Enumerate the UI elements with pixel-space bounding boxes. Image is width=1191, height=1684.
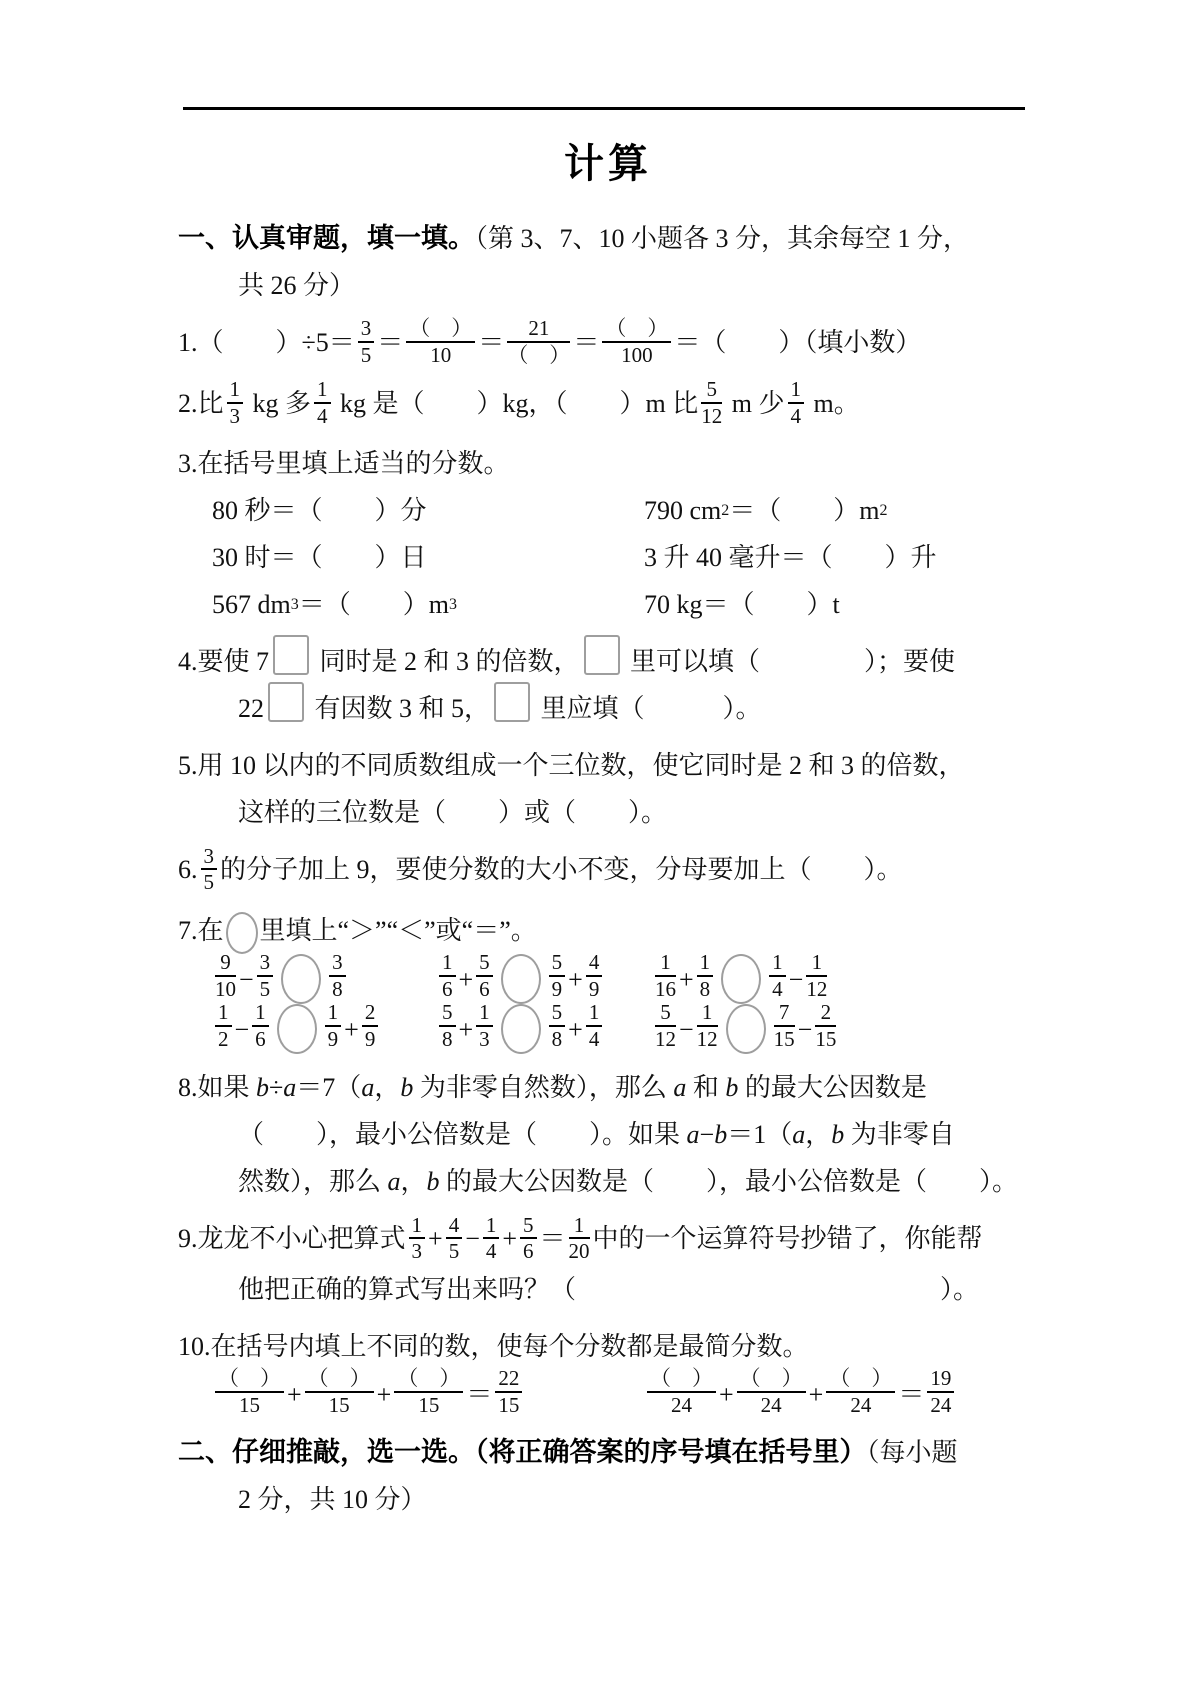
text-run: 共 26 分） xyxy=(238,271,355,300)
text-run: 为非零自 xyxy=(844,1120,955,1149)
fraction-numerator: 3 xyxy=(358,317,375,343)
variable-text: a xyxy=(361,1073,374,1102)
fraction: 16 xyxy=(252,1001,269,1050)
fraction: 45 xyxy=(446,1214,463,1263)
fraction-denominator: 2 xyxy=(215,1027,232,1051)
question-line: 12−1619+2958+1358+14512−112715−215 xyxy=(178,1004,1038,1054)
header-rule xyxy=(183,107,1025,110)
column: 70 kg＝（ ）t xyxy=(644,581,1038,628)
fraction-denominator: 9 xyxy=(586,977,603,1001)
question-line: 22 有因数 3 和 5， 里应填（ ）。 xyxy=(178,685,1038,732)
question-4: 4.要使 7 同时是 2 和 3 的倍数， 里可以填（ ）；要使22 有因数 3… xyxy=(178,638,1038,732)
fraction: 112 xyxy=(806,951,827,1000)
heading-line: 一、认真审题，填一填。（第 3、7、10 小题各 3 分，其余每空 1 分， xyxy=(178,215,1038,262)
variable-text: b xyxy=(725,1073,738,1102)
fraction-numerator: 1 xyxy=(215,1001,232,1027)
question-6: 6.35的分子加上 9，要使分数的大小不变，分母要加上（ ）。 xyxy=(178,846,1038,897)
text-run: 10.在括号内填上不同的数，使每个分数都是最简分数。 xyxy=(178,1332,809,1361)
column: 512−112715−215 xyxy=(652,1004,1038,1054)
fraction-numerator: 5 xyxy=(701,378,722,404)
text-run: ， xyxy=(805,1120,831,1149)
text-run: 这样的三位数是（ ）或（ ）。 xyxy=(238,798,667,827)
fraction-denominator: 5 xyxy=(358,343,375,367)
heading-text: 二、仔细推敲，选一选。（将正确答案的序号填在括号里） xyxy=(178,1437,867,1467)
fraction: 13 xyxy=(227,378,244,427)
fraction: 12 xyxy=(215,1001,232,1050)
question-9: 9.龙龙不小心把算式13+45−14+56＝120中的一个运算符号抄错了，你能帮… xyxy=(178,1215,1038,1313)
fraction-numerator: 1 xyxy=(569,1214,590,1240)
fraction: 59 xyxy=(549,951,566,1000)
fraction-denominator: 5 xyxy=(257,977,274,1001)
question-line: 9.龙龙不小心把算式13+45−14+56＝120中的一个运算符号抄错了，你能帮 xyxy=(178,1215,1038,1266)
variable-text: a xyxy=(792,1120,805,1149)
fraction: 56 xyxy=(476,951,493,1000)
fraction: 21（ ） xyxy=(507,317,570,366)
fraction: 35 xyxy=(257,951,274,1000)
fraction: 49 xyxy=(586,951,603,1000)
fraction-numerator: 5 xyxy=(439,1001,456,1027)
text-run: 5.用 10 以内的不同质数组成一个三位数，使它同时是 2 和 3 的倍数， xyxy=(178,751,965,780)
fraction-numerator: 1 xyxy=(252,1001,269,1027)
text-run: 30 时＝（ ）日 xyxy=(212,534,427,581)
text-run: ＝（ ）（填小数） xyxy=(674,328,921,357)
fraction-numerator: 22 xyxy=(495,1367,522,1393)
fraction-denominator: 5 xyxy=(201,870,218,894)
text-run: 中的一个运算符号抄错了，你能帮 xyxy=(593,1224,983,1253)
question-line: 5.用 10 以内的不同质数组成一个三位数，使它同时是 2 和 3 的倍数， xyxy=(178,742,1038,789)
text-run: （第 3、7、10 小题各 3 分，其余每空 1 分， xyxy=(475,224,969,253)
fraction-numerator: （ ） xyxy=(737,1367,806,1393)
text-run: ， xyxy=(401,1167,427,1196)
question-line: 这样的三位数是（ ）或（ ）。 xyxy=(178,789,1038,836)
text-run: ， xyxy=(374,1073,400,1102)
fraction-denominator: 8 xyxy=(329,977,346,1001)
question-line: 然数），那么 a，b 的最大公因数是（ ），最小公倍数是（ ）。 xyxy=(178,1158,1038,1205)
fraction-numerator: 1 xyxy=(697,951,714,977)
variable-text: b xyxy=(714,1120,727,1149)
question-line: 8.如果 b÷a＝7（a，b 为非零自然数），那么 a 和 b 的最大公因数是 xyxy=(178,1064,1038,1111)
fraction-denominator: 12 xyxy=(655,1027,676,1051)
variable-text: a xyxy=(673,1073,686,1102)
question-line: （ ），最小公倍数是（ ）。如果 a−b＝1（a，b 为非零自 xyxy=(178,1111,1038,1158)
heading-text: 一、认真审题，填一填。 xyxy=(178,223,475,253)
fraction-denominator: 12 xyxy=(697,1027,718,1051)
fraction: 13 xyxy=(476,1001,493,1050)
variable-text: b xyxy=(256,1073,269,1102)
fraction: （ ）24 xyxy=(826,1367,895,1416)
fraction-numerator: 1 xyxy=(227,378,244,404)
compare-circle[interactable] xyxy=(281,954,321,1004)
text-run: 的分子加上 9，要使分数的大小不变，分母要加上（ ）。 xyxy=(220,855,903,884)
fraction: 120 xyxy=(569,1214,590,1263)
answer-box[interactable] xyxy=(273,635,309,675)
fraction-denominator: 4 xyxy=(586,1027,603,1051)
fraction: （ ）24 xyxy=(647,1367,716,1416)
fraction: 35 xyxy=(358,317,375,366)
question-line: 6.35的分子加上 9，要使分数的大小不变，分母要加上（ ）。 xyxy=(178,846,1038,897)
heading-line: 2 分，共 10 分） xyxy=(178,1476,1038,1523)
question-line: 4.要使 7 同时是 2 和 3 的倍数， 里可以填（ ）；要使 xyxy=(178,638,1038,685)
fraction-denominator: 20 xyxy=(569,1239,590,1263)
fraction-numerator: 5 xyxy=(549,951,566,977)
text-run: ÷ xyxy=(269,1073,283,1102)
text-run: 3.在括号里填上适当的分数。 xyxy=(178,449,510,478)
text-run: ＝ xyxy=(478,328,504,357)
fraction-denominator: 4 xyxy=(483,1239,500,1263)
fraction-denominator: （ ） xyxy=(507,343,570,367)
column: 16+5659+49 xyxy=(436,954,652,1004)
text-run: 4.要使 7 xyxy=(178,647,269,676)
fraction-denominator: 16 xyxy=(655,977,676,1001)
fraction-denominator: 15 xyxy=(495,1393,522,1417)
fraction: 58 xyxy=(439,1001,456,1050)
fraction-denominator: 15 xyxy=(394,1393,463,1417)
column: 116+1814−112 xyxy=(652,954,1038,1004)
column: 58+1358+14 xyxy=(436,1004,652,1054)
text-run: ＝ xyxy=(377,328,403,357)
text-run: ＝7（ xyxy=(296,1073,361,1102)
compare-circle[interactable] xyxy=(501,1004,541,1054)
text-run: 同时是 2 和 3 的倍数， xyxy=(313,647,580,676)
question-line: 30 时＝（ ）日3 升 40 毫升＝（ ）升 xyxy=(178,534,1038,581)
question-5: 5.用 10 以内的不同质数组成一个三位数，使它同时是 2 和 3 的倍数，这样… xyxy=(178,742,1038,836)
fraction: 14 xyxy=(788,378,805,427)
text-run: ＝ xyxy=(898,1371,924,1418)
fraction-numerator: 19 xyxy=(927,1367,954,1393)
fraction-denominator: 3 xyxy=(409,1239,426,1263)
text-run: + xyxy=(459,956,474,1003)
text-run: 2.比 xyxy=(178,389,224,418)
fraction: 512 xyxy=(701,378,722,427)
fraction-denominator: 24 xyxy=(647,1393,716,1417)
fraction-numerator: （ ） xyxy=(826,1367,895,1393)
worksheet-page: 计算 一、认真审题，填一填。（第 3、7、10 小题各 3 分，其余每空 1 分… xyxy=(0,0,1191,1684)
variable-text: a xyxy=(388,1167,401,1196)
text-run: − xyxy=(798,1006,813,1053)
variable-text: b xyxy=(427,1167,440,1196)
text-run: + xyxy=(502,1224,517,1253)
fraction: （ ）15 xyxy=(394,1367,463,1416)
text-run: 他把正确的算式写出来吗？（ ）。 xyxy=(238,1275,979,1304)
text-run: − xyxy=(700,1120,715,1149)
question-line: 910−353816+5659+49116+1814−112 xyxy=(178,954,1038,1004)
fraction-numerator: 3 xyxy=(201,845,218,871)
text-run: 22 xyxy=(238,694,264,723)
question-7: 7.在里填上“＞”“＜”或“＝”。910−353816+5659+49116+1… xyxy=(178,907,1038,1054)
fraction-numerator: （ ） xyxy=(305,1367,374,1393)
fraction: 215 xyxy=(815,1001,836,1050)
text-run: 70 kg＝（ ）t xyxy=(644,581,840,628)
fraction-denominator: 15 xyxy=(215,1393,284,1417)
fraction: 2215 xyxy=(495,1367,522,1416)
text-run: 里填上“＞”“＜”或“＝”。 xyxy=(260,916,537,945)
text-run: 的最大公因数是（ ），最小公倍数是（ ）。 xyxy=(440,1167,1019,1196)
fraction-denominator: 15 xyxy=(815,1027,836,1051)
fraction-numerator: 1 xyxy=(476,1001,493,1027)
text-run: ＝ xyxy=(573,328,599,357)
fraction-denominator: 3 xyxy=(227,404,244,428)
fraction-denominator: 9 xyxy=(325,1027,342,1051)
fraction-numerator: 1 xyxy=(325,1001,342,1027)
compare-circle[interactable] xyxy=(277,1004,317,1054)
fraction: 910 xyxy=(215,951,236,1000)
section-1-heading: 一、认真审题，填一填。（第 3、7、10 小题各 3 分，其余每空 1 分，共 … xyxy=(178,215,1038,309)
text-run: 7.在 xyxy=(178,916,224,945)
fraction-numerator: 7 xyxy=(774,1001,795,1027)
fraction-numerator: 5 xyxy=(549,1001,566,1027)
text-run: 3 升 40 毫升＝（ ）升 xyxy=(644,534,937,581)
fraction: 19 xyxy=(325,1001,342,1050)
compare-circle[interactable] xyxy=(501,954,541,1004)
fraction-numerator: 3 xyxy=(257,951,274,977)
fraction-numerator: （ ） xyxy=(394,1367,463,1393)
column: （ ）24+（ ）24+（ ）24＝1924 xyxy=(644,1370,1038,1419)
fraction-denominator: 8 xyxy=(549,1027,566,1051)
text-run: + xyxy=(344,1006,359,1053)
text-run: − xyxy=(789,956,804,1003)
fraction-denominator: 4 xyxy=(769,977,786,1001)
fraction-denominator: 4 xyxy=(314,404,331,428)
compare-circle[interactable] xyxy=(726,1004,766,1054)
text-run: + xyxy=(287,1371,302,1418)
section-2-heading: 二、仔细推敲，选一选。（将正确答案的序号填在括号里）（每小题2 分，共 10 分… xyxy=(178,1429,1038,1523)
fraction-denominator: 24 xyxy=(737,1393,806,1417)
text-run: 和 xyxy=(686,1073,725,1102)
fraction-numerator: 1 xyxy=(788,378,805,404)
text-run: 790 cm xyxy=(644,487,721,534)
fraction-numerator: 3 xyxy=(329,951,346,977)
fraction: （ ）15 xyxy=(215,1367,284,1416)
text-run: + xyxy=(679,956,694,1003)
fraction-denominator: 6 xyxy=(439,977,456,1001)
fraction: （ ）24 xyxy=(737,1367,806,1416)
compare-circle[interactable] xyxy=(721,954,761,1004)
variable-text: b xyxy=(831,1120,844,1149)
variable-text: b xyxy=(400,1073,413,1102)
text-run: 8.如果 xyxy=(178,1073,256,1102)
text-run: − xyxy=(235,1006,250,1053)
fraction-denominator: 15 xyxy=(774,1027,795,1051)
fraction-numerator: 2 xyxy=(362,1001,379,1027)
text-run: − xyxy=(465,1224,480,1253)
heading-line: 二、仔细推敲，选一选。（将正确答案的序号填在括号里）（每小题 xyxy=(178,1429,1038,1476)
fraction: 112 xyxy=(697,1001,718,1050)
text-run: 里可以填（ ）；要使 xyxy=(624,647,956,676)
fraction: （ ）100 xyxy=(602,317,671,366)
fraction-denominator: 12 xyxy=(701,404,722,428)
fraction-numerator: 1 xyxy=(655,951,676,977)
question-line: 10.在括号内填上不同的数，使每个分数都是最简分数。 xyxy=(178,1323,1038,1370)
fraction: 29 xyxy=(362,1001,379,1050)
fraction: 512 xyxy=(655,1001,676,1050)
text-run: kg 多 xyxy=(246,389,311,418)
fraction-numerator: （ ） xyxy=(602,317,671,343)
fraction-denominator: 9 xyxy=(362,1027,379,1051)
column: 30 时＝（ ）日 xyxy=(212,534,644,581)
text-run: 1.（ ）÷5＝ xyxy=(178,328,355,357)
fraction: （ ）15 xyxy=(305,1367,374,1416)
question-line: 他把正确的算式写出来吗？（ ）。 xyxy=(178,1266,1038,1313)
fraction-numerator: 5 xyxy=(520,1214,537,1240)
fraction: 715 xyxy=(774,1001,795,1050)
fraction-denominator: 8 xyxy=(697,977,714,1001)
fraction-numerator: 1 xyxy=(409,1214,426,1240)
fraction: 14 xyxy=(483,1214,500,1263)
text-run: 然数），那么 xyxy=(238,1167,388,1196)
text-run: m。 xyxy=(807,389,860,418)
fraction-numerator: 5 xyxy=(655,1001,676,1027)
question-3: 3.在括号里填上适当的分数。80 秒＝（ ）分790 cm2＝（ ）m230 时… xyxy=(178,440,1038,628)
fraction-numerator: 1 xyxy=(697,1001,718,1027)
page-content: 计算 一、认真审题，填一填。（第 3、7、10 小题各 3 分，其余每空 1 分… xyxy=(178,126,1038,1533)
text-run: 为非零自然数），那么 xyxy=(413,1073,673,1102)
text-run: （每小题 xyxy=(867,1438,958,1467)
text-run: 9.龙龙不小心把算式 xyxy=(178,1224,406,1253)
fraction-numerator: 9 xyxy=(215,951,236,977)
fraction: 16 xyxy=(439,951,456,1000)
text-run: 6. xyxy=(178,855,198,884)
text-run: 的最大公因数是 xyxy=(738,1073,927,1102)
text-run: 里应填（ ）。 xyxy=(534,694,762,723)
text-run: 2 分，共 10 分） xyxy=(238,1485,427,1514)
fraction: 14 xyxy=(586,1001,603,1050)
text-run: + xyxy=(809,1371,824,1418)
text-run: + xyxy=(428,1224,443,1253)
text-run: （ ），最小公倍数是（ ）。如果 xyxy=(238,1120,687,1149)
fraction-denominator: 15 xyxy=(305,1393,374,1417)
fraction-numerator: 21 xyxy=(507,317,570,343)
fraction-denominator: 10 xyxy=(215,977,236,1001)
question-line: 80 秒＝（ ）分790 cm2＝（ ）m2 xyxy=(178,487,1038,534)
fraction-numerator: 2 xyxy=(815,1001,836,1027)
question-1: 1.（ ）÷5＝35＝（ ）10＝21（ ）＝（ ）100＝（ ）（填小数） xyxy=(178,319,1038,370)
fraction-denominator: 3 xyxy=(476,1027,493,1051)
column: 80 秒＝（ ）分 xyxy=(212,487,644,534)
fraction-numerator: （ ） xyxy=(406,317,475,343)
fraction: 14 xyxy=(314,378,331,427)
question-2: 2.比13 kg 多14 kg 是（ ）kg，（ ）m 比512 m 少14 m… xyxy=(178,380,1038,431)
answer-box[interactable] xyxy=(268,682,304,722)
question-line: 7.在里填上“＞”“＜”或“＝”。 xyxy=(178,907,1038,954)
question-line: 3.在括号里填上适当的分数。 xyxy=(178,440,1038,487)
fraction-denominator: 4 xyxy=(788,404,805,428)
fraction-denominator: 6 xyxy=(476,977,493,1001)
text-run: + xyxy=(719,1371,734,1418)
fraction-numerator: 1 xyxy=(586,1001,603,1027)
fraction: 18 xyxy=(697,951,714,1000)
variable-text: a xyxy=(687,1120,700,1149)
fraction-numerator: （ ） xyxy=(215,1367,284,1393)
fraction-numerator: 1 xyxy=(439,951,456,977)
fraction-numerator: 1 xyxy=(314,378,331,404)
text-run: + xyxy=(568,1006,583,1053)
document-body: 一、认真审题，填一填。（第 3、7、10 小题各 3 分，其余每空 1 分，共 … xyxy=(178,215,1038,1523)
fraction: 38 xyxy=(329,951,346,1000)
answer-box[interactable] xyxy=(494,682,530,722)
fraction: 56 xyxy=(520,1214,537,1263)
fraction-numerator: 4 xyxy=(586,951,603,977)
fraction-denominator: 8 xyxy=(439,1027,456,1051)
fraction-denominator: 12 xyxy=(806,977,827,1001)
fraction-numerator: 4 xyxy=(446,1214,463,1240)
fraction: 1924 xyxy=(927,1367,954,1416)
page-title: 计算 xyxy=(178,132,1038,189)
question-line: 1.（ ）÷5＝35＝（ ）10＝21（ ）＝（ ）100＝（ ）（填小数） xyxy=(178,319,1038,370)
fraction-numerator: 1 xyxy=(806,951,827,977)
fraction-denominator: 24 xyxy=(826,1393,895,1417)
fraction-denominator: 9 xyxy=(549,977,566,1001)
fraction-numerator: 1 xyxy=(769,951,786,977)
text-run: ＝（ ）m xyxy=(729,487,879,534)
fraction-denominator: 10 xyxy=(406,343,475,367)
text-run: 567 dm xyxy=(212,581,291,628)
fraction: 116 xyxy=(655,951,676,1000)
column: （ ）15+（ ）15+（ ）15＝2215 xyxy=(212,1370,644,1419)
column: 910−3538 xyxy=(212,954,436,1004)
column: 3 升 40 毫升＝（ ）升 xyxy=(644,534,1038,581)
question-10: 10.在括号内填上不同的数，使每个分数都是最简分数。（ ）15+（ ）15+（ … xyxy=(178,1323,1038,1419)
fraction-denominator: 5 xyxy=(446,1239,463,1263)
column: 567 dm3＝（ ）m3 xyxy=(212,581,644,628)
fraction: 13 xyxy=(409,1214,426,1263)
column: 790 cm2＝（ ）m2 xyxy=(644,487,1038,534)
fraction: 35 xyxy=(201,845,218,894)
text-run: kg 是（ ）kg，（ ）m 比 xyxy=(334,389,699,418)
fraction-denominator: 6 xyxy=(252,1027,269,1051)
fraction: 58 xyxy=(549,1001,566,1050)
fraction: 14 xyxy=(769,951,786,1000)
text-run: 有因数 3 和 5， xyxy=(308,694,490,723)
text-run: + xyxy=(568,956,583,1003)
fraction-numerator: 5 xyxy=(476,951,493,977)
text-run: + xyxy=(459,1006,474,1053)
question-line: （ ）15+（ ）15+（ ）15＝2215（ ）24+（ ）24+（ ）24＝… xyxy=(178,1370,1038,1419)
text-run: − xyxy=(239,956,254,1003)
fraction-denominator: 6 xyxy=(520,1239,537,1263)
answer-box[interactable] xyxy=(584,635,620,675)
text-run: m 少 xyxy=(725,389,784,418)
text-run: ＝（ ）m xyxy=(299,581,449,628)
fraction-denominator: 100 xyxy=(602,343,671,367)
text-run: ＝1（ xyxy=(727,1120,792,1149)
text-run: 80 秒＝（ ）分 xyxy=(212,487,427,534)
question-line: 2.比13 kg 多14 kg 是（ ）kg，（ ）m 比512 m 少14 m… xyxy=(178,380,1038,431)
text-run: − xyxy=(679,1006,694,1053)
variable-text: a xyxy=(283,1073,296,1102)
fraction-numerator: 1 xyxy=(483,1214,500,1240)
heading-line: 共 26 分） xyxy=(178,262,1038,309)
fraction-numerator: （ ） xyxy=(647,1367,716,1393)
question-8: 8.如果 b÷a＝7（a，b 为非零自然数），那么 a 和 b 的最大公因数是（… xyxy=(178,1064,1038,1205)
column: 12−1619+29 xyxy=(212,1004,436,1054)
text-run: + xyxy=(377,1371,392,1418)
text-run: ＝ xyxy=(540,1224,566,1253)
text-run: ＝ xyxy=(466,1371,492,1418)
compare-circle[interactable] xyxy=(226,912,258,954)
question-line: 567 dm3＝（ ）m370 kg＝（ ）t xyxy=(178,581,1038,628)
fraction-denominator: 24 xyxy=(927,1393,954,1417)
fraction: （ ）10 xyxy=(406,317,475,366)
